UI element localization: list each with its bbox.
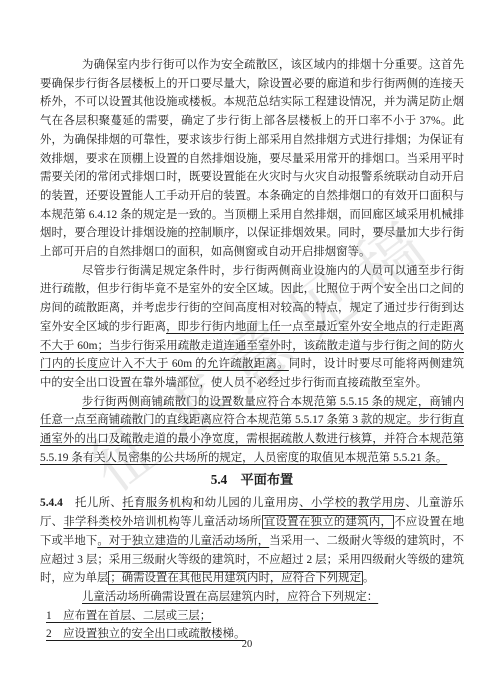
revision-underlined-text: 非学科类校外培训机构 — [63, 516, 180, 528]
revision-underlined-text: 、小学校的教学用房 — [299, 497, 405, 509]
paragraph-2: 尽管步行街满足规定条件时，步行街两侧商业设施内的人员可以通至步行街进行疏散，但步… — [40, 262, 464, 393]
text-run: 等儿童活动场所 — [180, 516, 262, 528]
paragraph-7: 1 应布置在首层、二层或三层； — [40, 607, 464, 626]
text-run: 5.4.4 — [40, 497, 63, 509]
revision-underlined-text: 托育服务机构 — [122, 497, 193, 509]
text-run: 为确保室内步行街可以作为安全疏散区，该区域内的排烟十分重要。这首先要确保步行街各… — [40, 59, 464, 258]
revision-boxed-text: 宜设置在独立的建筑内， — [262, 515, 394, 529]
text-run: 和幼儿园的儿童用房 — [193, 497, 299, 509]
text-run: 。 — [363, 572, 374, 584]
section-heading: 5.4 平面布置 — [40, 470, 464, 490]
revision-underlined-text: 1 应布置在首层、二层或三层； — [46, 610, 211, 622]
text-run: 托儿所、 — [63, 497, 122, 509]
revision-boxed-text: ；确需设置在其他民用建筑内时，应符合下列规定 — [108, 571, 363, 585]
page-number: 20 — [0, 639, 494, 650]
document-content: 为确保室内步行街可以作为安全疏散区，该区域内的排烟十分重要。这首先要确保步行街各… — [40, 56, 464, 644]
paragraph-3: 步行街两侧商铺疏散门的设置数量应符合本规范第 5.5.15 条的规定，商铺内任意… — [40, 393, 464, 468]
document-page: 征求意见稿 为确保室内步行街可以作为安全疏散区，该区域内的排烟十分重要。这首先要… — [0, 0, 494, 700]
paragraph-6: 儿童活动场所确需设置在高层建筑内时，应符合下列规定： — [40, 588, 464, 607]
text-run: 5.4 平面布置 — [211, 472, 293, 487]
revision-underlined-text: 。对于独立建造的儿童活动场所， — [97, 535, 269, 547]
revision-underlined-text: 步行街两侧商铺疏散门的设置数量应符合本规范第 5.5.15 条的规定，商铺内任意… — [40, 396, 464, 464]
paragraph-5: 5.4.4 托儿所、托育服务机构和幼儿园的儿童用房、小学校的教学用房、儿童游乐厅… — [40, 494, 464, 588]
revision-underlined-text: 儿童活动场所确需设置在高层建筑内时，应符合下列规定： — [82, 591, 378, 603]
paragraph-1: 为确保室内步行街可以作为安全疏散区，该区域内的排烟十分重要。这首先要确保步行街各… — [40, 56, 464, 262]
